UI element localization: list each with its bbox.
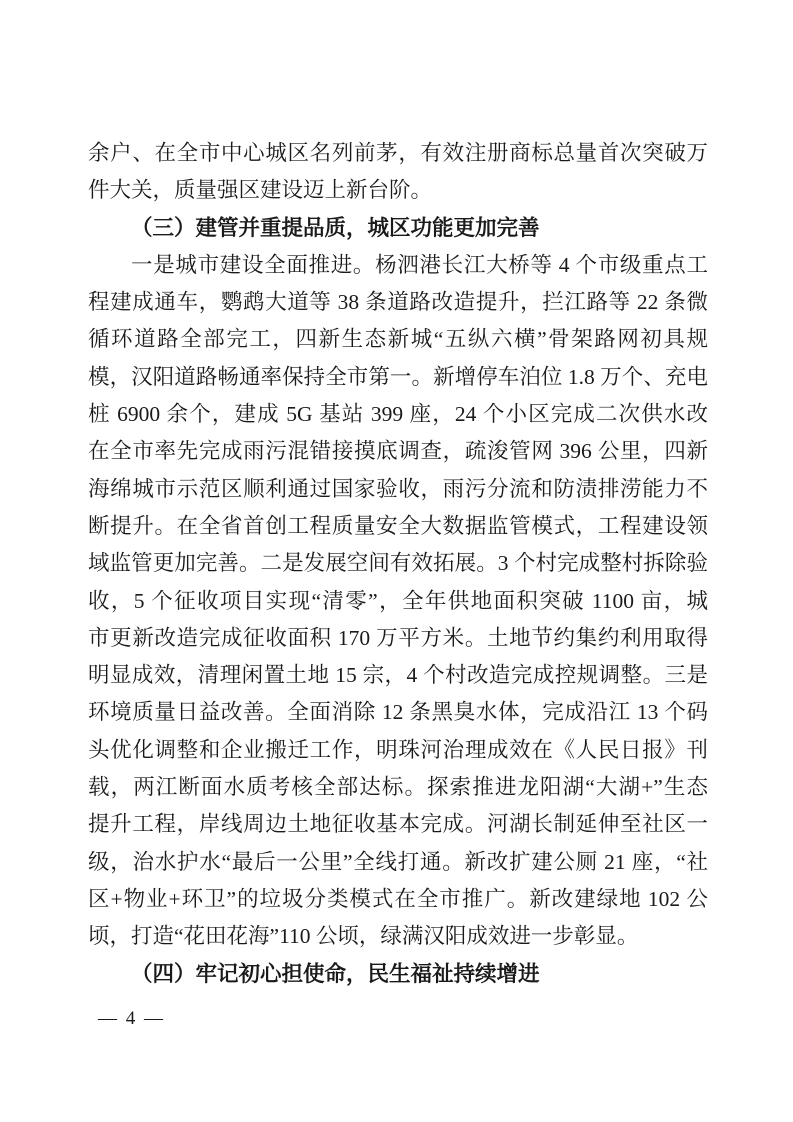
text-block: 余户、在全市中心城区名列前茅，有效注册商标总量首次突破万件大关，质量强区建设迈上…: [88, 135, 708, 993]
text-line: 桩 6900 余个，建成 5G 基站 399 座，24 个小区完成二次供水改造。: [88, 396, 708, 433]
text-line: 在全市率先完成雨污混错接摸底调查，疏浚管网 396 公里，四新: [88, 433, 708, 470]
text-line: 一是城市建设全面推进。杨泗港长江大桥等 4 个市级重点工: [88, 247, 708, 284]
text-line: 市更新改造完成征收面积 170 万平方米。土地节约集约利用取得: [88, 620, 708, 657]
text-line: 级，治水护水“最后一公里”全线打通。新改扩建公厕 21 座，“社: [88, 844, 708, 881]
text-line: 模，汉阳道路畅通率保持全市第一。新增停车泊位 1.8 万个、充电: [88, 359, 708, 396]
text-line: 头优化调整和企业搬迁工作，明珠河治理成效在《人民日报》刊: [88, 732, 708, 769]
text-line: （三）建管并重提品质，城区功能更加完善: [88, 210, 708, 247]
text-line: 海绵城市示范区顺利通过国家验收，雨污分流和防渍排涝能力不: [88, 471, 708, 508]
text-line: 循环道路全部完工，四新生态新城“五纵六横”骨架路网初具规: [88, 321, 708, 358]
text-line: 程建成通车，鹦鹉大道等 38 条道路改造提升，拦江路等 22 条微: [88, 284, 708, 321]
text-line: 域监管更加完善。二是发展空间有效拓展。3 个村完成整村拆除验: [88, 545, 708, 582]
text-line: 区+物业+环卫”的垃圾分类模式在全市推广。新改建绿地 102 公: [88, 881, 708, 918]
document-page: 余户、在全市中心城区名列前茅，有效注册商标总量首次突破万件大关，质量强区建设迈上…: [0, 0, 793, 1122]
text-line: 余户、在全市中心城区名列前茅，有效注册商标总量首次突破万: [88, 135, 708, 172]
text-line: 明显成效，清理闲置土地 15 宗，4 个村改造完成控规调整。三是: [88, 657, 708, 694]
text-line: 提升工程，岸线周边土地征收基本完成。河湖长制延伸至社区一: [88, 806, 708, 843]
text-line: 件大关，质量强区建设迈上新台阶。: [88, 172, 708, 209]
text-line: 载，两江断面水质考核全部达标。探索推进龙阳湖“大湖+”生态: [88, 769, 708, 806]
page-number: — 4 —: [98, 1006, 165, 1032]
text-line: 环境质量日益改善。全面消除 12 条黑臭水体，完成沿江 13 个码: [88, 694, 708, 731]
text-line: 收，5 个征收项目实现“清零”，全年供地面积突破 1100 亩，城: [88, 583, 708, 620]
text-line: 顷，打造“花田花海”110 公顷，绿满汉阳成效进一步彰显。: [88, 918, 708, 955]
text-line: 断提升。在全省首创工程质量安全大数据监管模式，工程建设领: [88, 508, 708, 545]
text-line: （四）牢记初心担使命，民生福祉持续增进: [88, 956, 708, 993]
